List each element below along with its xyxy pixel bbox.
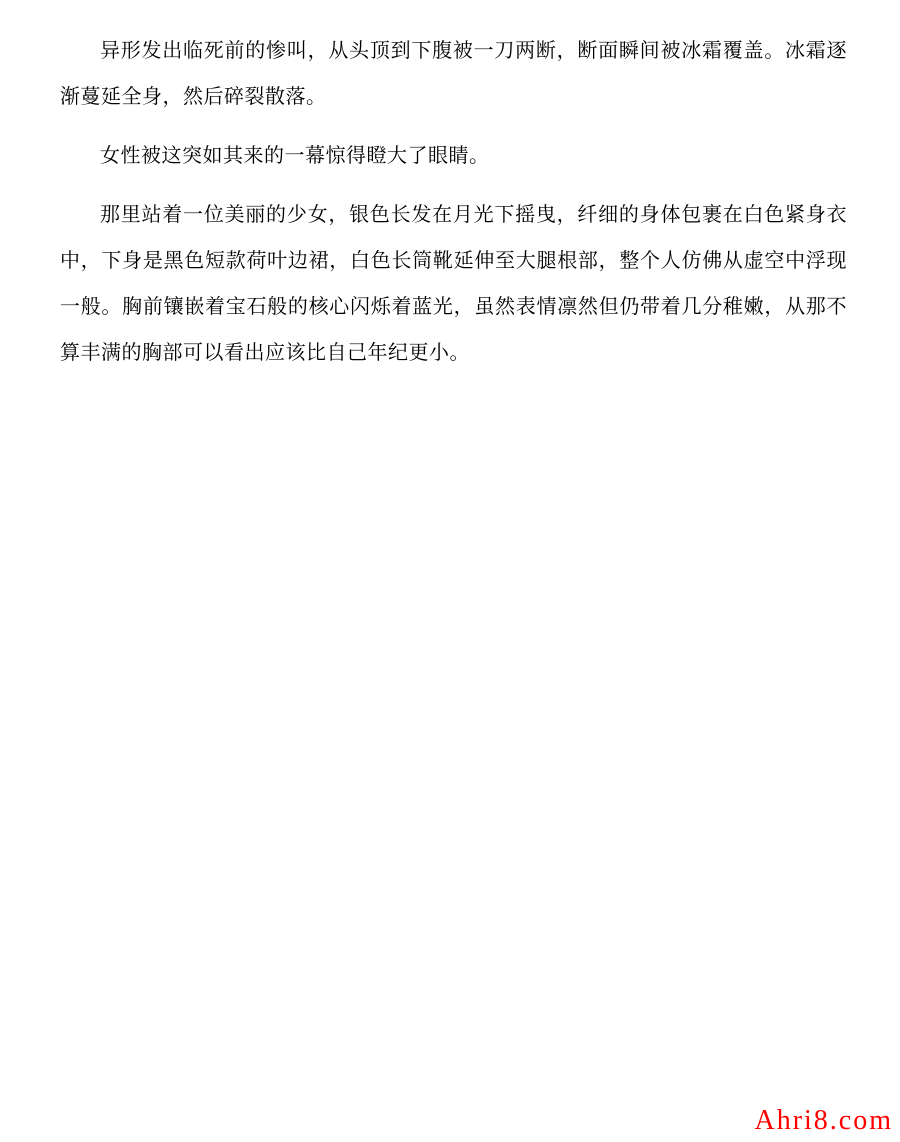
novel-paragraph-2: 女性被这突如其来的一幕惊得瞪大了眼睛。 (60, 133, 847, 179)
novel-paragraph-1: 异形发出临死前的惨叫，从头顶到下腹被一刀两断，断面瞬间被冰霜覆盖。冰霜逐渐蔓延全… (60, 28, 847, 120)
novel-paragraph-3: 那里站着一位美丽的少女，银色长发在月光下摇曳，纤细的身体包裹在白色紧身衣中，下身… (60, 192, 847, 376)
site-watermark: Ahri8.com (754, 1105, 893, 1137)
novel-page: 异形发出临死前的惨叫，从头顶到下腹被一刀两断，断面瞬间被冰霜覆盖。冰霜逐渐蔓延全… (0, 0, 900, 376)
